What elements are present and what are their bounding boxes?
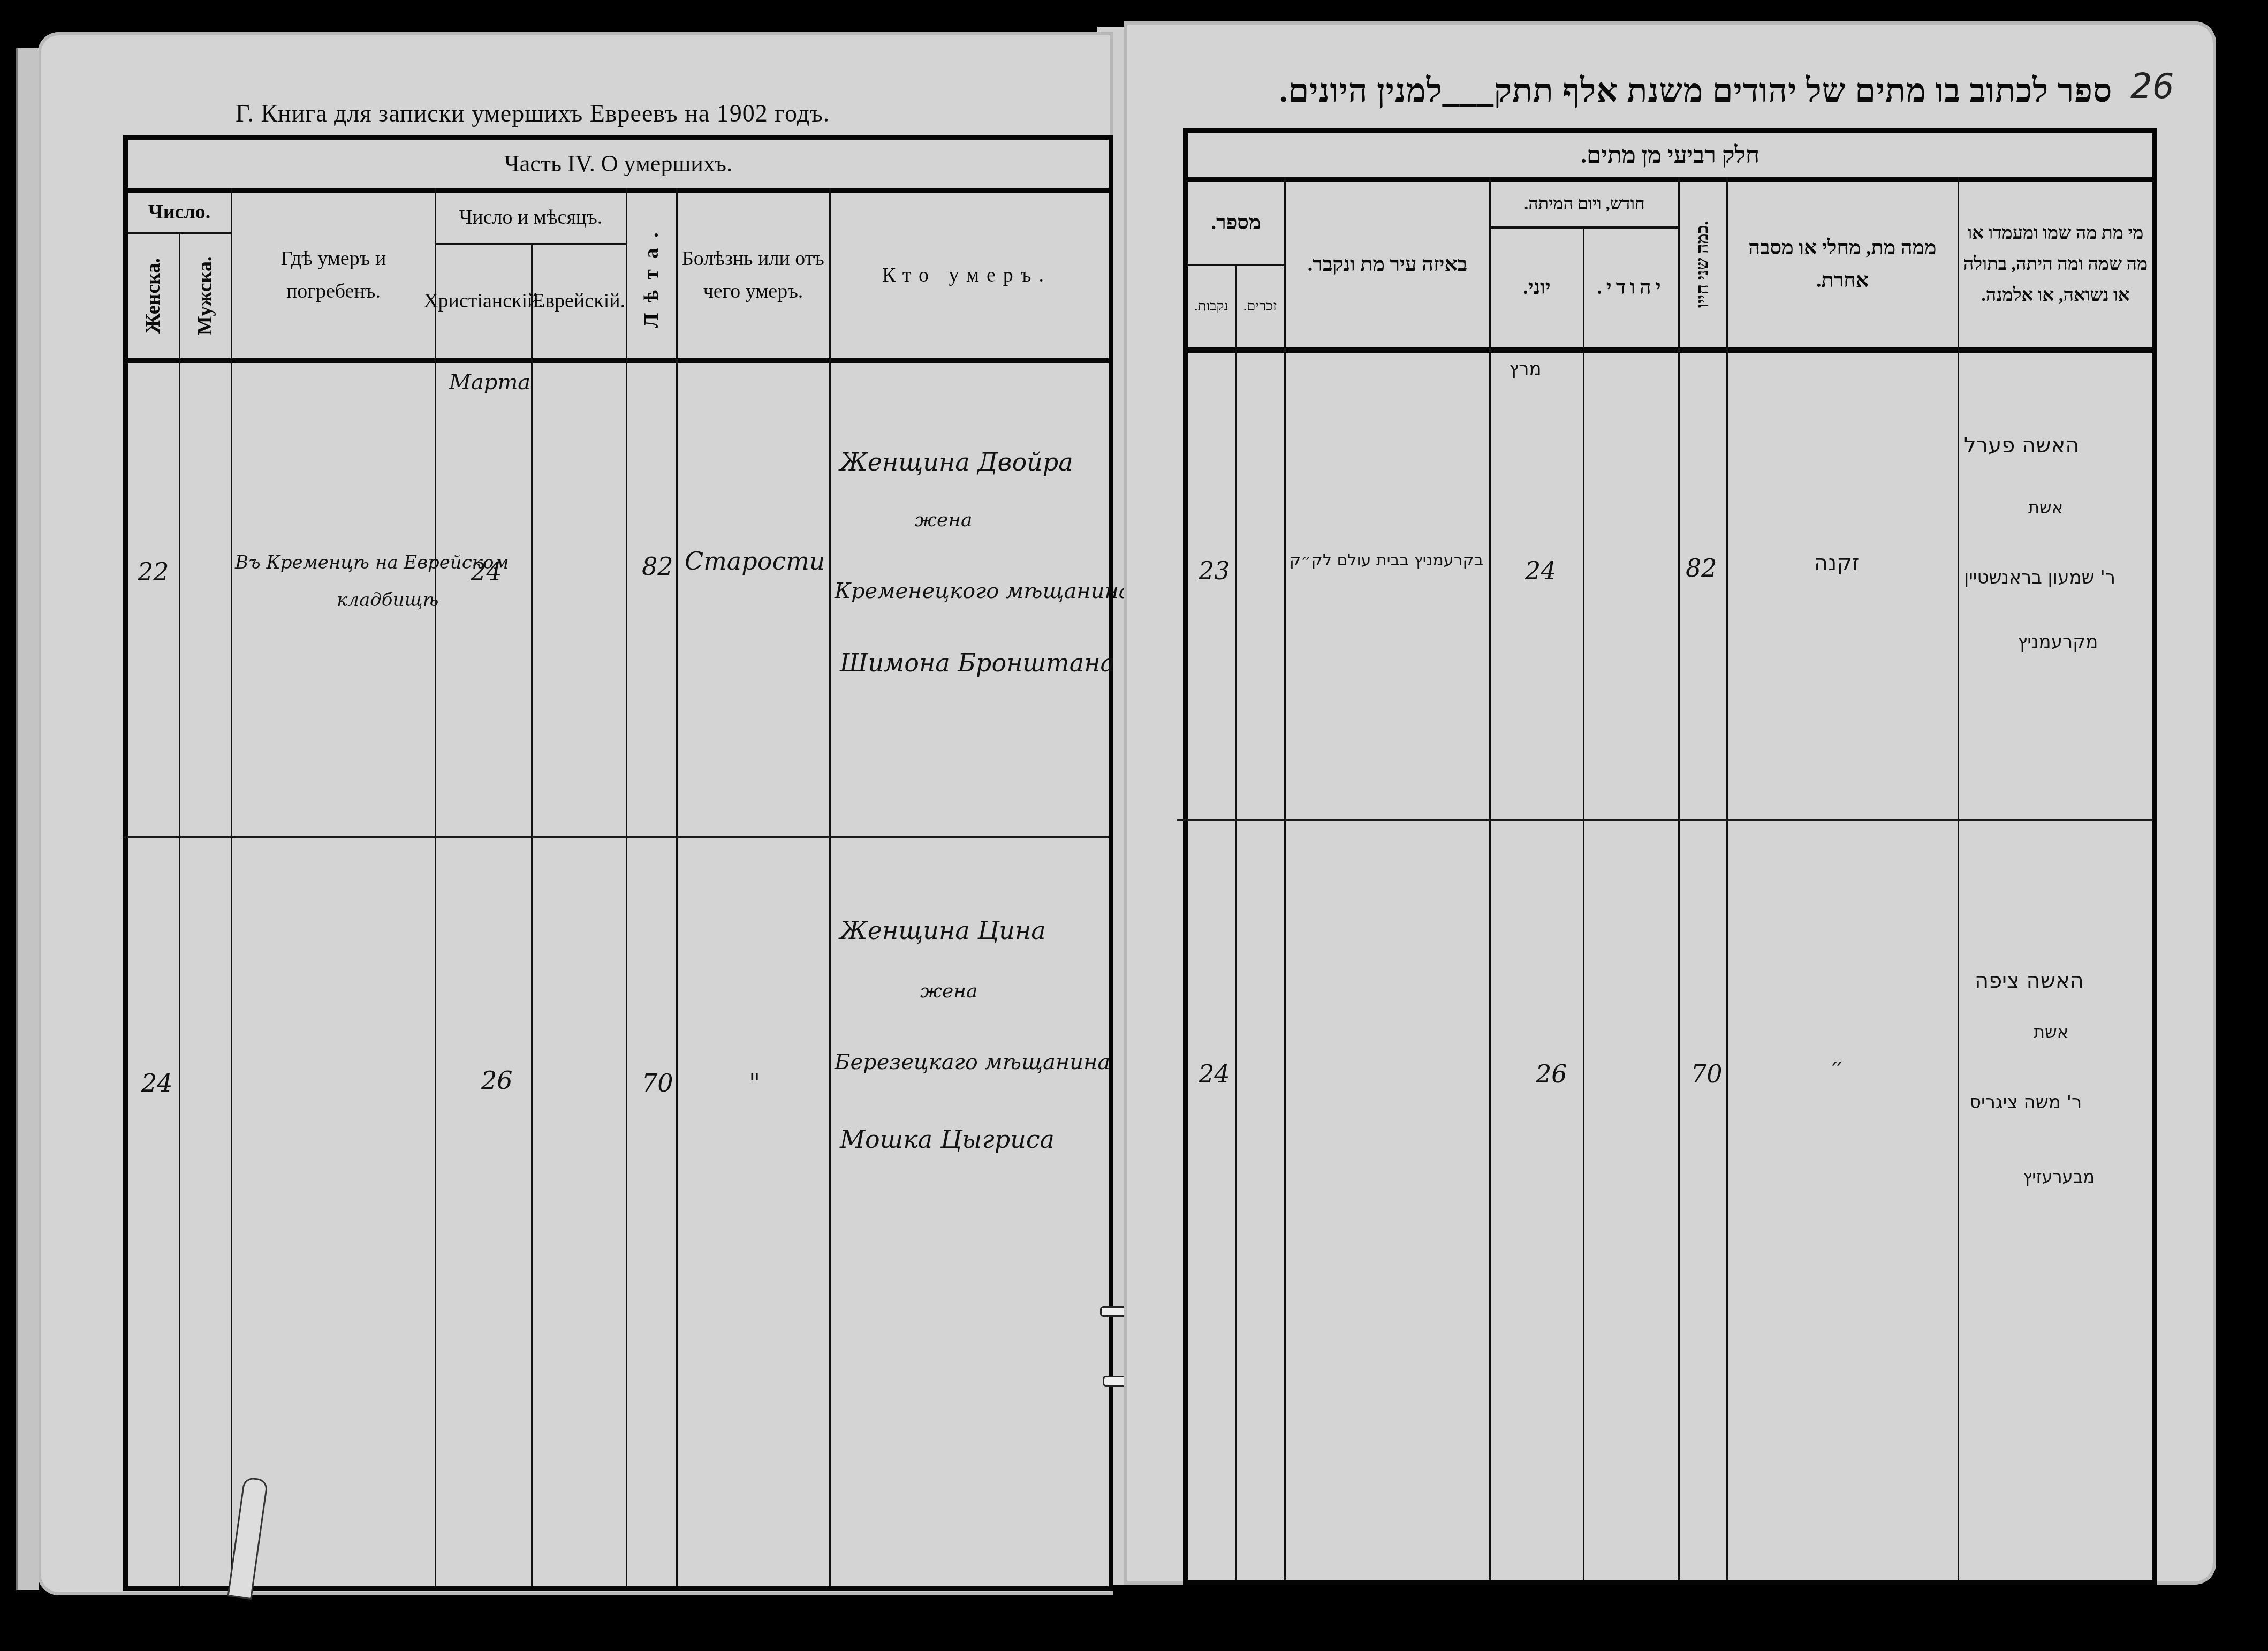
header-greek: יוני. — [1491, 229, 1583, 346]
row2-greek-day: 26 — [1536, 1059, 1567, 1088]
row2-who-line3: ר' משה ציגריס — [1969, 1092, 2082, 1113]
row1-who-line4: Шимона Бронштана — [840, 648, 1115, 677]
column-line — [1235, 264, 1237, 1580]
column-line — [435, 188, 436, 1586]
header-jewish: Еврейскій. — [532, 245, 626, 357]
column-line — [1583, 226, 1584, 1580]
row2-cause: " — [749, 1069, 760, 1097]
page-edge — [16, 48, 39, 1590]
month-note: Марта — [449, 370, 530, 395]
row1-female-number: 22 — [138, 557, 169, 586]
page-title: Г. Книга для записки умершихъ Евреевъ на… — [236, 99, 830, 127]
header-bottom-rule — [1188, 347, 2152, 353]
row1-age: 82 — [642, 552, 673, 581]
header-male: זכרים. — [1236, 266, 1284, 346]
header-date-group: חודש, ויום המיתה. — [1491, 183, 1678, 225]
page-title: ספר לכתוב בו מתים של יהודים משנת אלף תתק… — [1279, 72, 2112, 110]
row1-cause: Старости — [685, 547, 825, 575]
header-cause: Болѣзнь или отъ чего умеръ. — [677, 193, 829, 357]
row2-female-number: 24 — [1199, 1059, 1230, 1088]
row1-place: בקרעמניץ בבית עולם לק״ק — [1290, 551, 1483, 570]
row2-who-line3: Березецкаго мѣщанина — [835, 1050, 1110, 1074]
row2-who-line2: אשת — [2034, 1022, 2068, 1042]
row2-female-number: 24 — [141, 1069, 173, 1097]
row1-who-line1: Женщина Двойра — [840, 448, 1073, 476]
row2-age: 70 — [1691, 1059, 1723, 1088]
section-title: Часть IV. О умершихъ. — [128, 140, 1109, 193]
column-line — [626, 188, 627, 1586]
header-number-group: Число. — [128, 193, 231, 231]
column-line — [676, 188, 678, 1586]
column-line — [1284, 177, 1286, 1580]
column-line — [179, 232, 180, 1586]
row2-who-line4: Мошка Цыгриса — [840, 1125, 1055, 1154]
header-female: נקבות. — [1188, 266, 1235, 346]
header-number-group: מספר. — [1188, 183, 1284, 263]
column-line — [1726, 177, 1728, 1580]
row2-who-line2: жена — [920, 980, 977, 1002]
header-bottom-rule — [128, 358, 1109, 363]
row1-who-line2: жена — [915, 509, 972, 531]
column-line — [231, 188, 232, 1586]
header-who: Кто умеръ. — [830, 193, 1103, 357]
row1-christian-day: 24 — [471, 557, 502, 586]
column-line — [1489, 177, 1491, 1580]
left-page: Г. Книга для записки умершихъ Евреевъ на… — [37, 32, 1113, 1595]
header-female: Женска. — [128, 234, 179, 357]
row1-who-line3: ר' שמעון בראנשטיין — [1964, 567, 2115, 588]
right-page: 26 ספר לכתוב בו מתים של יהודים משנת אלף … — [1124, 21, 2216, 1585]
row2-who-line1: האשה ציפה — [1975, 968, 2084, 993]
row2-cause: ״ — [1830, 1054, 1844, 1079]
row1-age: 82 — [1686, 554, 1717, 582]
column-line — [531, 243, 533, 1586]
row-separator — [1177, 819, 2152, 821]
row2-age: 70 — [642, 1069, 673, 1097]
page-number: 26 — [2130, 67, 2174, 107]
header-place: Гдѣ умеръ и погребенъ. — [232, 193, 435, 357]
header-place: באיזה עיר מת ונקבר. — [1286, 183, 1489, 346]
row2-who-line1: Женщина Цина — [840, 916, 1046, 945]
row1-who-line4: מקרעמניץ — [2017, 631, 2098, 653]
row1-who-line2: אשת — [2028, 497, 2063, 518]
row1-greek-day: 24 — [1525, 556, 1557, 585]
column-line — [829, 188, 831, 1586]
header-cause: ממה מת, מחלי או מסבה אחרת. — [1727, 183, 1958, 346]
header-who: מי מת מה שמו ומעמדו או מה שמה ומה היתה, … — [1959, 183, 2152, 346]
column-line — [1958, 177, 1959, 1580]
row2-who-line4: מבערעזיץ — [2023, 1167, 2095, 1187]
row2-christian-day: 26 — [481, 1066, 513, 1095]
header-date-group: Число и мѣсяцъ. — [436, 193, 626, 241]
row1-who-line1: האשה פערל — [1964, 433, 2079, 458]
register-table-hebrew: חלק רביעי מן מתים. מספר. נקבות. זכרים. ב… — [1183, 128, 2157, 1585]
header-age: Лѣта. — [627, 193, 676, 357]
header-christian: Христіанскій. — [436, 245, 531, 357]
header-age: כמה שני חייו. — [1679, 183, 1726, 346]
row1-who-line3: Кременецкого мѣщанина — [835, 579, 1132, 603]
row-separator — [123, 836, 1109, 838]
column-line — [1678, 177, 1680, 1580]
month-note: מרץ — [1509, 358, 1542, 380]
row1-female-number: 23 — [1199, 556, 1230, 585]
row1-cause: זקנה — [1814, 551, 1859, 575]
header-jewish: יהודי. — [1584, 229, 1678, 346]
header-male: Мужска. — [180, 234, 231, 357]
row1-place-line1: Въ Кременцѣ на Еврейском — [235, 552, 509, 573]
row1-place-line2: кладбищѣ — [337, 589, 438, 611]
section-title: חלק רביעי מן מתים. — [1188, 133, 2152, 182]
register-table-russian: Часть IV. О умершихъ. Число. Женска. Муж… — [123, 135, 1113, 1591]
